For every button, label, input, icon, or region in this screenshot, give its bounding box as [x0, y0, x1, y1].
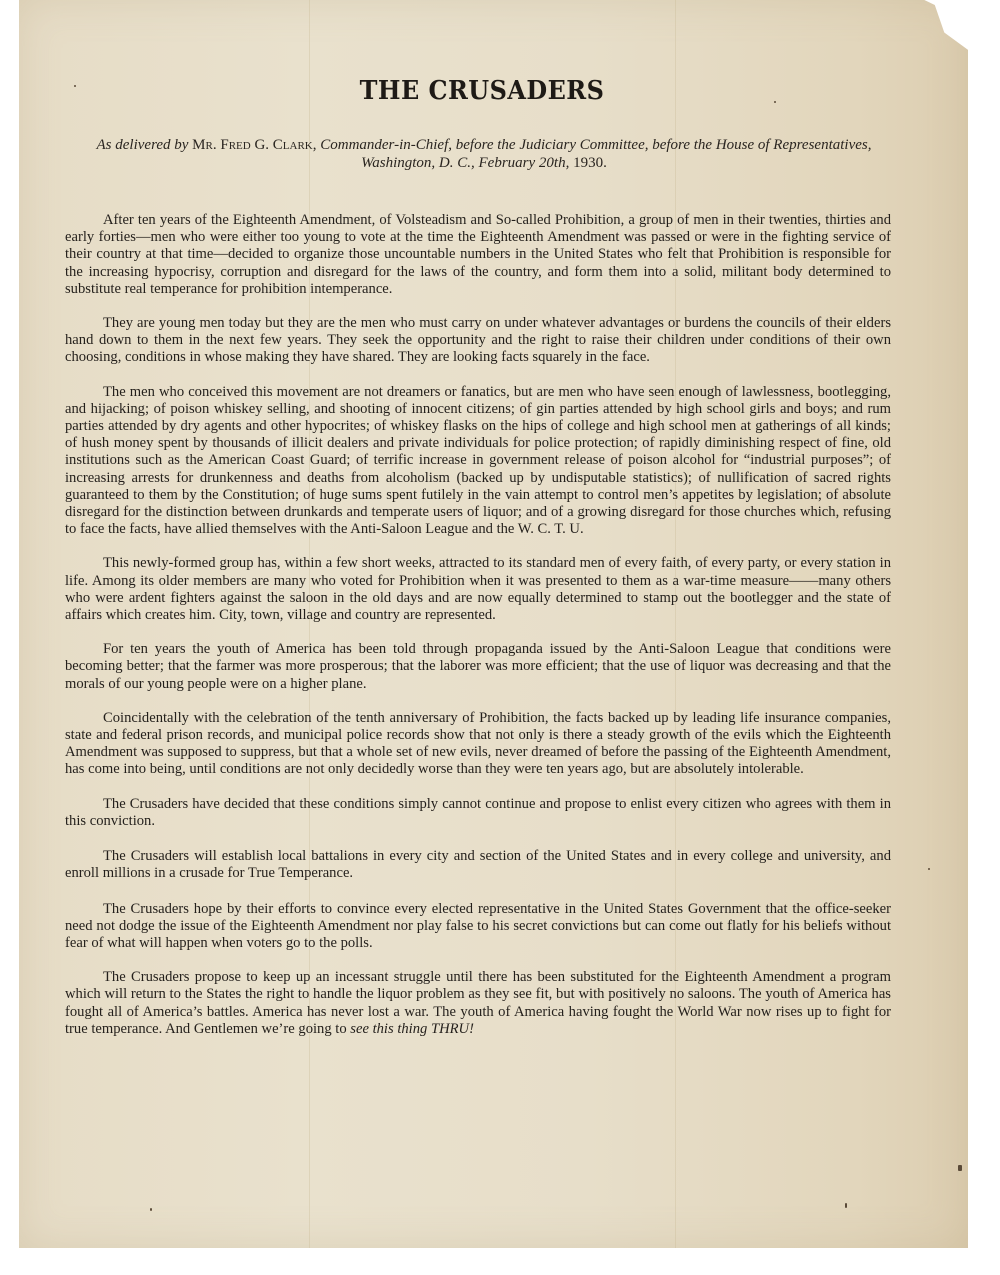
paper-speck: [150, 1208, 152, 1211]
paragraph: After ten years of the Eighteenth Amendm…: [65, 212, 891, 298]
paper-speck: [958, 1165, 962, 1171]
paragraph: The Crusaders have decided that these co…: [65, 796, 891, 830]
final-paragraph-text: The Crusaders propose to keep up an ince…: [65, 969, 891, 1037]
speaker-name: Fred G. Clark,: [220, 137, 316, 153]
paper-speck: [774, 101, 776, 103]
paragraph: The Crusaders hope by their efforts to c…: [65, 901, 891, 953]
closing-emphasis: see this thing THRU!: [350, 1021, 474, 1037]
document-subtitle: As delivered by Mr. Fred G. Clark, Comma…: [59, 136, 909, 172]
final-paragraph: The Crusaders propose to keep up an ince…: [65, 969, 891, 1038]
paper-speck: [928, 868, 930, 870]
speaker-honorific: Mr.: [192, 137, 216, 153]
paragraph: The Crusaders will establish local batta…: [65, 848, 891, 882]
paragraph: This newly-formed group has, within a fe…: [65, 555, 891, 624]
paper-speck: [74, 85, 76, 87]
paragraph: They are young men today but they are th…: [65, 315, 891, 367]
document-title: THE CRUSADERS: [56, 76, 908, 106]
paragraph: The men who conceived this movement are …: [65, 384, 891, 539]
paragraph: For ten years the youth of America has b…: [65, 641, 891, 693]
paragraph: Coincidentally with the celebration of t…: [65, 710, 891, 779]
paper-speck: [845, 1203, 847, 1208]
paper-sheet: THE CRUSADERS As delivered by Mr. Fred G…: [19, 0, 968, 1248]
document-body: After ten years of the Eighteenth Amendm…: [65, 212, 891, 1055]
subtitle-prefix: As delivered by: [97, 137, 189, 153]
subtitle-year: 1930.: [573, 155, 607, 171]
